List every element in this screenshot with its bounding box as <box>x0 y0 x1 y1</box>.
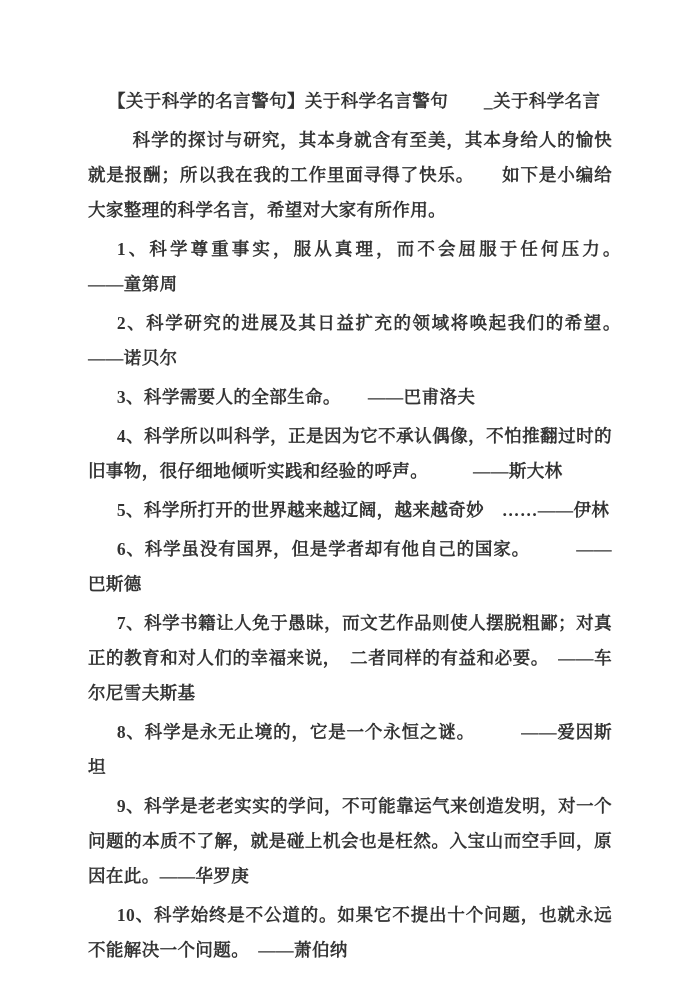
quote-paragraph-3: 3、科学需要人的全部生命。 ——巴甫洛夫 <box>88 380 612 415</box>
quote-paragraph-9: 9、科学是老老实实的学问，不可能靠运气来创造发明，对一个问题的本质不了解，就是碰… <box>88 789 612 894</box>
quote-paragraph-2: 2、科学研究的进展及其日益扩充的领域将唤起我们的希望。 ——诺贝尔 <box>88 306 612 376</box>
intro-paragraph: 科学的探讨与研究，其本身就含有至美，其本身给人的愉快就是报酬；所以我在我的工作里… <box>88 123 612 228</box>
quote-paragraph-7: 7、科学书籍让人免于愚昧，而文艺作品则使人摆脱粗鄙；对真正的教育和对人们的幸福来… <box>88 606 612 711</box>
quote-paragraph-6: 6、科学虽没有国界，但是学者却有他自己的国家。 ——巴斯德 <box>88 532 612 602</box>
document-title: 【关于科学的名言警句】关于科学名言警句 _关于科学名言 <box>88 84 612 119</box>
quote-paragraph-10: 10、科学始终是不公道的。如果它不提出十个问题，也就永远不能解决一个问题。 ——… <box>88 898 612 968</box>
quote-paragraph-4: 4、科学所以叫科学，正是因为它不承认偶像，不怕推翻过时的旧事物，很仔细地倾听实践… <box>88 419 612 489</box>
quote-paragraph-1: 1、科学尊重事实，服从真理，而不会屈服于任何压力。 ——童第周 <box>88 232 612 302</box>
quote-paragraph-5: 5、科学所打开的世界越来越辽阔，越来越奇妙 ……——伊林 <box>88 493 612 528</box>
quote-paragraph-8: 8、科学是永无止境的，它是一个永恒之谜。 ——爱因斯坦 <box>88 715 612 785</box>
document-page: 【关于科学的名言警句】关于科学名言警句 _关于科学名言 科学的探讨与研究，其本身… <box>0 0 700 991</box>
